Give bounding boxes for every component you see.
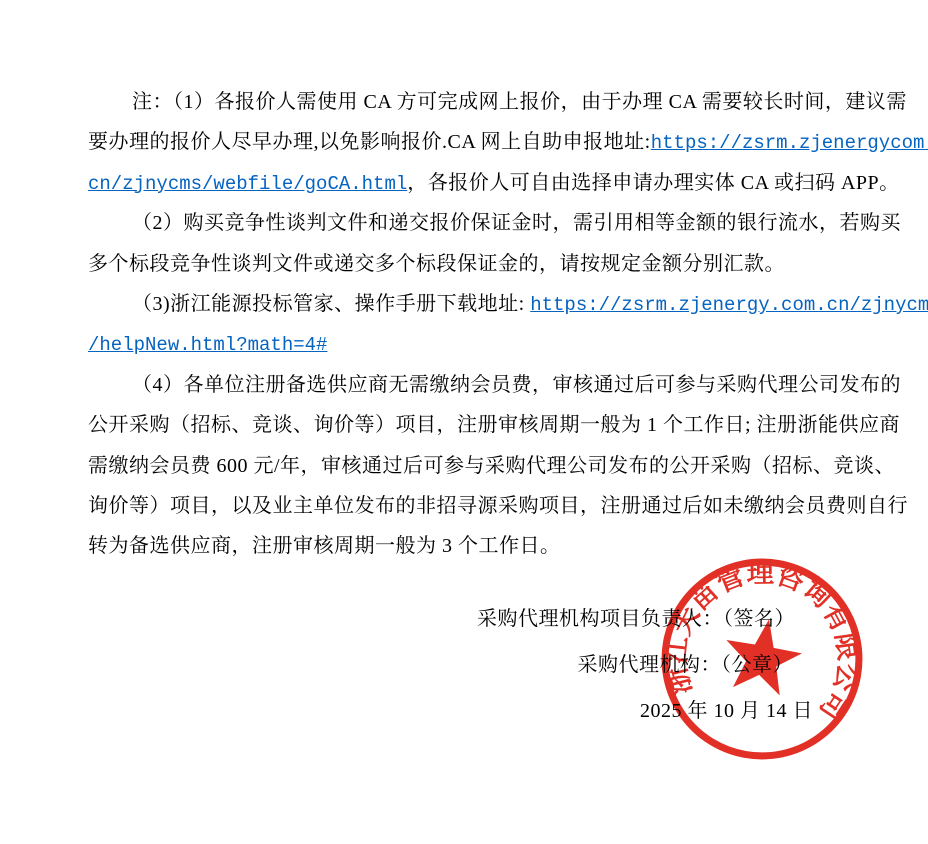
agency-seal-line: 采购代理机构：（公章）	[0, 642, 840, 688]
text-segment: 注：（1）各报价人需使用 CA 方可完成网上报价，由于办理 CA 需要较长时间，…	[132, 91, 907, 113]
text-line: 需缴纳会员费 600 元/年，审核通过后可参与采购代理公司发布的公开采购（招标、…	[88, 446, 850, 486]
text-segment: （2）购买竞争性谈判文件和递交报价保证金时，需引用相等金额的银行流水，若购买	[132, 212, 901, 234]
hyperlink[interactable]: /helpNew.html?math=4#	[88, 334, 327, 356]
hyperlink[interactable]: https://zsrm.zjenergycom.	[651, 132, 928, 154]
agency-project-leader-line: 采购代理机构项目负责人：（签名）	[0, 596, 840, 642]
text-segment: （4）各单位注册备选供应商无需缴纳会员费，审核通过后可参与采购代理公司发布的	[132, 374, 901, 396]
text-line: （2）购买竞争性谈判文件和递交报价保证金时，需引用相等金额的银行流水，若购买	[88, 203, 850, 243]
text-line: 多个标段竞争性谈判文件或递交多个标段保证金的，请按规定金额分别汇款。	[88, 244, 850, 284]
text-line: （3)浙江能源投标管家、操作手册下载地址: https://zsrm.zjene…	[88, 284, 850, 324]
signature-block: 采购代理机构项目负责人：（签名）采购代理机构：（公章）2025 年 10 月 1…	[0, 596, 840, 734]
text-segment: 多个标段竞争性谈判文件或递交多个标段保证金的，请按规定金额分别汇款。	[88, 253, 785, 275]
text-segment: 要办理的报价人尽早办理,以免影响报价.CA 网上自助申报地址:	[88, 131, 651, 153]
text-segment: ，各报价人可自由选择申请办理实体 CA 或扫码 APP。	[407, 172, 899, 194]
text-segment: 转为备选供应商，注册审核周期一般为 3 个工作日。	[88, 535, 561, 557]
text-line: 注：（1）各报价人需使用 CA 方可完成网上报价，由于办理 CA 需要较长时间，…	[88, 82, 850, 122]
text-line: /helpNew.html?math=4#	[88, 324, 850, 364]
hyperlink[interactable]: https://zsrm.zjenergy.com.cn/zjnycms/	[530, 294, 928, 316]
text-line: cn/zjnycms/webfile/goCA.html，各报价人可自由选择申请…	[88, 163, 850, 203]
text-segment: 需缴纳会员费 600 元/年，审核通过后可参与采购代理公司发布的公开采购（招标、…	[88, 455, 895, 477]
text-line: （4）各单位注册备选供应商无需缴纳会员费，审核通过后可参与采购代理公司发布的	[88, 365, 850, 405]
text-line: 转为备选供应商，注册审核周期一般为 3 个工作日。	[88, 526, 850, 566]
hyperlink[interactable]: cn/zjnycms/webfile/goCA.html	[88, 173, 407, 195]
text-line: 公开采购（招标、竞谈、询价等）项目，注册审核周期一般为 1 个工作日; 注册浙能…	[88, 405, 850, 445]
text-segment: 公开采购（招标、竞谈、询价等）项目，注册审核周期一般为 1 个工作日; 注册浙能…	[88, 414, 900, 436]
text-line: 询价等）项目，以及业主单位发布的非招寻源采购项目，注册通过后如未缴纳会员费则自行	[88, 486, 850, 526]
text-segment: 询价等）项目，以及业主单位发布的非招寻源采购项目，注册通过后如未缴纳会员费则自行	[88, 495, 908, 517]
document-body: 注：（1）各报价人需使用 CA 方可完成网上报价，由于办理 CA 需要较长时间，…	[88, 82, 850, 567]
date-line: 2025 年 10 月 14 日	[0, 688, 840, 734]
text-segment: （3)浙江能源投标管家、操作手册下载地址:	[132, 293, 530, 315]
text-line: 要办理的报价人尽早办理,以免影响报价.CA 网上自助申报地址:https://z…	[88, 122, 850, 162]
